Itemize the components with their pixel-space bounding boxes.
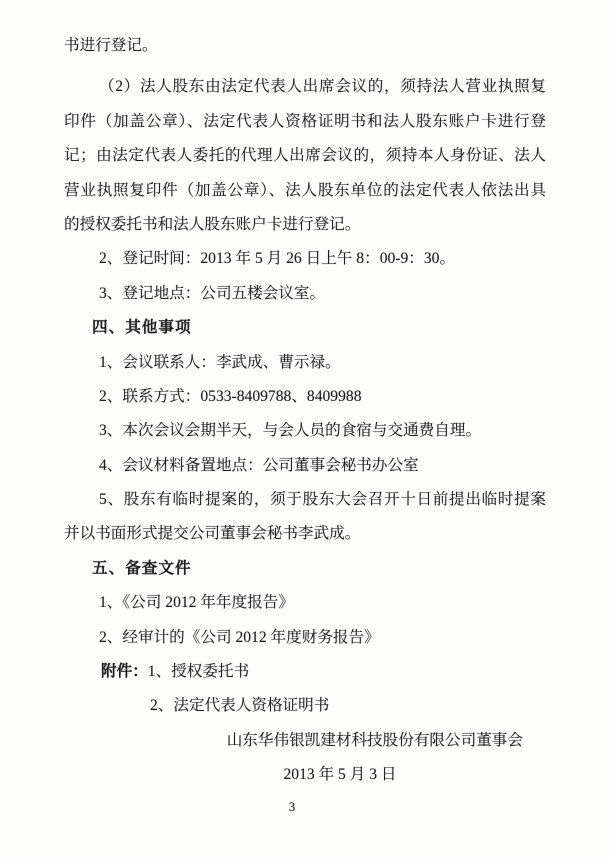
doc-line-contact-phone: 2、联系方式：0533-8409788、8409988 [0,380,610,414]
doc-line-attachment-1: 附件：1、授权委托书 [0,655,610,689]
doc-line-financial-report: 2、经审计的《公司 2012 年度财务报告》 [0,621,610,655]
doc-line-legal-shareholder-3: 记；由法定代表人委托的代理人出席会议的，须持本人身份证、法人 [0,139,610,173]
doc-line-meeting-duration: 3、本次会议会期半天，与会人员的食宿与交通费自理。 [0,414,610,448]
document-page: 书进行登记。 （2）法人股东由法定代表人出席会议的，须持法人营业执照复 印件（加… [0,0,610,857]
doc-line-registration-continuation: 书进行登记。 [0,29,610,63]
doc-line-provisional-proposal-1: 5、股东有临时提案的，须于股东大会召开十日前提出临时提案 [0,483,610,517]
signature-line: 山东华伟银凯建材科技股份有限公司董事会 [0,724,610,758]
doc-line-provisional-proposal-2: 并以书面形式提交公司董事会秘书李武成。 [0,517,610,551]
date-line: 2013 年 5 月 3 日 [0,758,610,792]
doc-line-annual-report: 1、《公司 2012 年年度报告》 [0,586,610,620]
doc-line-legal-shareholder-4: 营业执照复印件（加盖公章）、法人股东单位的法定代表人依法出具 [0,174,610,208]
section-heading-other-matters: 四、其他事项 [0,311,610,345]
doc-line-legal-shareholder-2: 印件（加盖公章）、法定代表人资格证明书和法人股东账户卡进行登 [0,105,610,139]
doc-line-legal-shareholder-1: （2）法人股东由法定代表人出席会议的，须持法人营业执照复 [0,70,610,104]
doc-line-legal-shareholder-5: 的授权委托书和法人股东账户卡进行登记。 [0,208,610,242]
doc-line-attachment-2: 2、法定代表人资格证明书 [0,689,610,723]
attachment-label: 附件： [101,663,148,680]
doc-line-contact-person: 1、会议联系人：李武成、曹示禄。 [0,346,610,380]
doc-line-registration-time: 2、登记时间：2013 年 5 月 26 日上午 8：00-9：30。 [0,242,610,276]
doc-line-registration-place: 3、登记地点：公司五楼会议室。 [0,277,610,311]
section-heading-reference-docs: 五、备查文件 [0,552,610,586]
page-number: 3 [0,800,584,814]
doc-line-materials-location: 4、会议材料备置地点：公司董事会秘书办公室 [0,449,610,483]
attachment-item-1: 1、授权委托书 [148,663,249,680]
